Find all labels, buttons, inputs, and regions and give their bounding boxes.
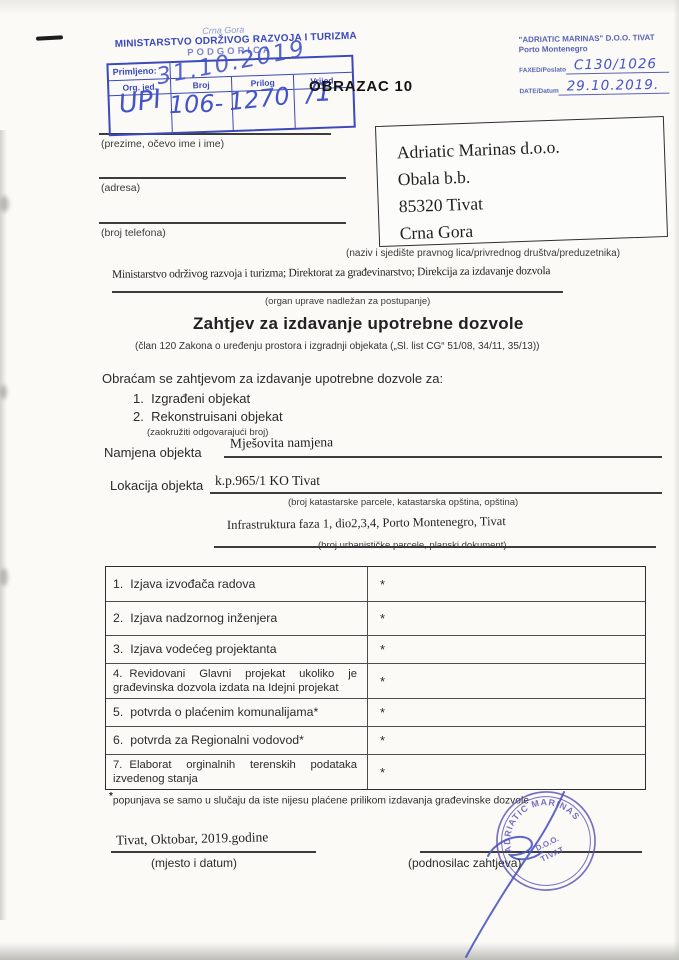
address-field-line [99,177,346,179]
place-date-line [111,851,316,853]
row-label: Elaborat orginalnih terenskih podataka i… [113,759,357,785]
fax-brand: Porto Montenegro [519,42,669,54]
row-number: 6. [113,733,123,747]
authority-caption: (organ uprave nadležan za postupanje) [265,296,430,307]
authority-line: Ministarstvo održivog razvoja i turizma;… [112,265,550,281]
option-label: Rekonstruisani objekat [151,409,283,424]
paper-edge-left [0,130,7,920]
authority-underline [112,291,563,293]
purpose-value: Mješovita namjena [230,434,333,451]
scan-smudge [0,568,8,586]
row-value: * [368,727,645,754]
faxed-label: FAXED/Poslato [519,66,566,75]
table-row: 1.Izjava izvođača radova * [106,567,645,602]
row-value: * [368,602,645,635]
form-legal-basis: (član 120 Zakona o uređenju prostora i i… [135,341,539,352]
paper-edge-top [0,0,679,14]
row-number: 1. [113,577,123,591]
place-date-caption: (mjesto i datum) [151,856,237,870]
row-label: potvrda o plaćenim komunalijama* [130,705,318,719]
stamp-value-handwriting: UPI [117,84,163,120]
request-option-2: 2. Rekonstruisani objekat [133,409,283,424]
scan-smudge [0,196,9,212]
row-value: * [368,664,645,698]
fax-received-stamp: "ADRIATIC MARINAS" D.O.O. TIVAT Porto Mo… [518,33,669,97]
location-value-2: Infrastruktura faza 1, dio2,3,4, Porto M… [227,514,506,533]
company-round-stamp: ADRIATIC MARINAS D.O.O. TIVAT [493,788,599,894]
table-row: 2.Izjava nadzornog inženjera * [106,602,645,636]
fax-date-label: DATE/Datum [519,88,558,97]
row-value: * [368,567,645,601]
paper-edge-right [673,0,679,960]
place-date-value: Tivat, Oktobar, 2019.godine [116,829,269,848]
applicant-address-box: Adriatic Marinas d.o.o. Obala b.b. 85320… [375,116,668,247]
table-row: 3.Izjava vodećeg projektanta * [106,636,645,664]
row-label: Revidovani Glavni projekat ukoliko je gr… [113,668,357,694]
purpose-label: Namjena objekta [104,445,202,460]
table-row: 5.potvrda o plaćenim komunalijama* * [106,699,645,727]
table-row: 6.potvrda za Regionalni vodovod* * [106,727,645,755]
request-option-1: 1. Izgrađeni objekat [133,391,250,406]
row-label: potvrda za Regionalni vodovod* [130,733,304,747]
stamp-value-handwriting: 106- [168,89,223,119]
row-label: Izjava vodećeg projektanta [130,642,276,656]
faxed-number-handwriting: C130/1026 [566,57,669,75]
phone-field-caption: (broj telefona) [101,227,166,239]
scan-smudge [0,385,7,399]
form-number-title: OBRAZAC 10 [309,78,413,95]
scanned-form-page: Crna Gora MINISTARSTVO ODRŽIVOG RAZVOJA … [0,0,679,960]
name-field-caption: (prezime, očevo ime i ime) [101,138,224,150]
row-number: 3. [113,642,123,656]
location-caption-1: (broj katastarske parcele, katastarska o… [288,497,518,508]
applicant-box-caption: (naziv i sjedište pravnog lica/privredno… [346,248,620,259]
row-number: 4. [113,668,122,680]
row-number: 5. [113,705,123,719]
row-label: Izjava izvođača radova [130,577,255,591]
option-label: Izgrađeni objekat [151,391,250,406]
row-value: * [368,636,645,663]
location-value-1: k.p.965/1 KO Tivat [215,473,320,489]
fax-date-handwriting: 29.10.2019. [559,78,670,96]
row-number: 7. [113,759,122,771]
address-field-caption: (adresa) [101,182,140,194]
location-caption-2: (broj urbanističke parcele, planski doku… [318,540,507,551]
location-label: Lokacija objekta [110,478,203,493]
option-number: 2. [133,409,144,424]
option-number: 1. [133,391,144,406]
scan-mark [36,35,63,40]
location-line-1 [210,492,662,494]
phone-field-line [99,222,346,224]
documents-table: 1.Izjava izvođača radova * 2.Izjava nadz… [105,566,646,790]
row-number: 2. [113,611,123,625]
row-label: Izjava nadzornog inženjera [130,611,277,625]
form-title: Zahtjev za izdavanje upotrebne dozvole [193,314,524,334]
table-row: 4.Revidovani Glavni projekat ukoliko je … [106,664,645,699]
purpose-line [224,456,662,458]
request-intro: Obraćam se zahtjevom za izdavanje upotre… [102,371,443,386]
row-value: * [368,699,645,726]
